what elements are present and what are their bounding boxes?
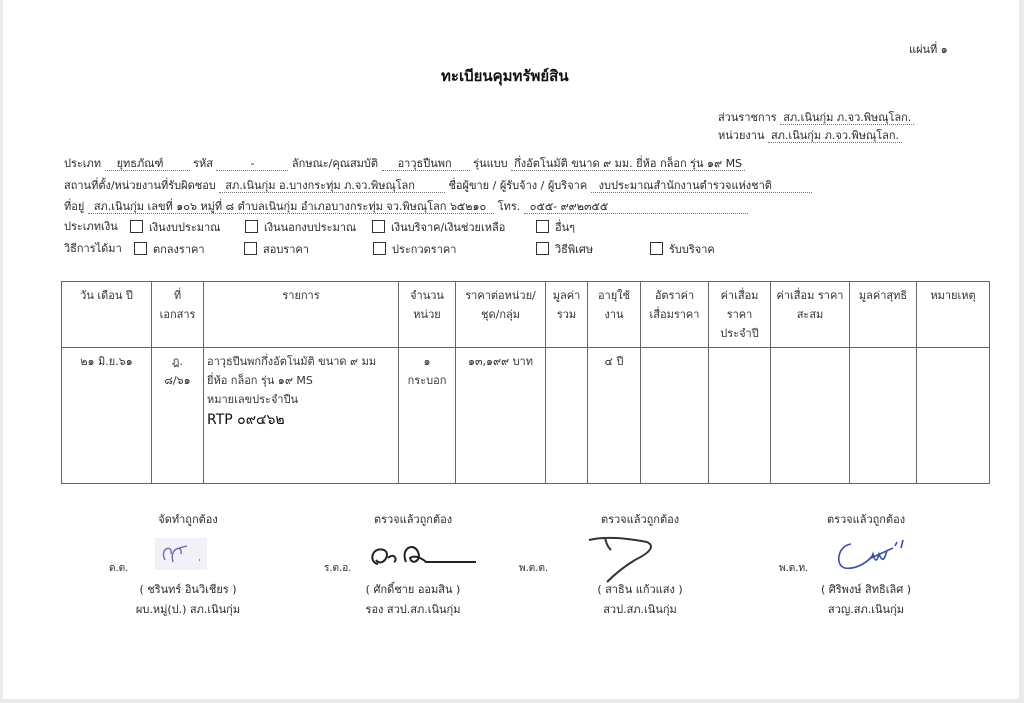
cell-item: อาวุธปืนพกกึ่งอัตโนมัติ ขนาด ๙ มม ยี่ห้อ… — [204, 348, 399, 484]
seller-label: ชื่อผู้ขาย / ผู้รับจ้าง / ผู้บริจาค — [448, 179, 587, 192]
cell-annual-depreciation — [709, 348, 771, 484]
attr-label: ลักษณะ/คุณสมบัติ — [292, 157, 378, 170]
cell-useful-life: ๔ ปี — [588, 348, 641, 484]
checkbox[interactable] — [134, 242, 147, 255]
checkbox[interactable] — [536, 242, 549, 255]
attr-value: อาวุธปืนพก — [382, 157, 470, 171]
serial-number: RTP ๐๙๔๖๒ — [207, 409, 395, 431]
code-label: รหัส — [193, 157, 213, 170]
signature-block-prepared: จัดทำถูกต้อง ด.ต. ( ชรินทร์ อินวิเชียร )… — [103, 512, 273, 622]
type-label: ประเภท — [64, 157, 101, 170]
money-option-budget[interactable]: เงินงบประมาณ — [124, 220, 220, 235]
acq-option-bidding[interactable]: ประกวดราคา — [367, 242, 456, 257]
checkbox[interactable] — [245, 220, 258, 233]
signature-mark — [831, 536, 911, 576]
col-net-value: มูลค่าสุทธิ — [850, 282, 917, 348]
signature-block-checked-3: ตรวจแล้วถูกต้อง พ.ต.ท. ( ศิริพงษ์ สิทธิเ… — [781, 512, 951, 622]
document-page: แผ่นที่ ๑ ทะเบียนคุมทรัพย์สิน ส่วนราชการ… — [3, 0, 1019, 699]
cell-total-value — [546, 348, 588, 484]
col-depreciation-rate: อัตราค่า เสื่อมราคา — [641, 282, 709, 348]
cell-date: ๒๑ มิ.ย.๖๑ — [62, 348, 152, 484]
code-value: - — [216, 157, 288, 171]
acq-option-special[interactable]: วิธีพิเศษ — [530, 242, 593, 257]
type-value: ยุทธภัณฑ์ — [105, 157, 190, 171]
signature-block-checked-1: ตรวจแล้วถูกต้อง ร.ต.อ. ( ศักดิ์ชาย ออมสิ… — [328, 512, 498, 622]
phone-value: ๐๕๕- ๙๙๒๓๕๕ — [524, 200, 748, 214]
address-value: สภ.เนินกุ่ม เลขที่ ๑๐๖ หมู่ที่ ๘ ตำบลเนิ… — [88, 200, 494, 214]
unit-line: หน่วยงาน สภ.เนินกุ่ม ภ.จว.พิษณุโลก. — [718, 129, 902, 143]
type-line: ประเภท ยุทธภัณฑ์ รหัส - ลักษณะ/คุณสมบัติ… — [64, 157, 745, 171]
checkbox[interactable] — [536, 220, 549, 233]
money-type-line: ประเภทเงิน เงินงบประมาณ เงินนอกงบประมาณ … — [64, 220, 964, 236]
col-accum-depreciation: ค่าเสื่อม ราคาสะสม — [771, 282, 850, 348]
checkbox[interactable] — [372, 220, 385, 233]
phone-label: โทร. — [498, 200, 521, 213]
acq-option-negotiate[interactable]: ตกลงราคา — [128, 242, 205, 257]
model-value: กึ่งอัตโนมัติ ขนาด ๙ มม. ยี่ห้อ กล็อก รุ… — [511, 157, 745, 171]
unit-value: สภ.เนินกุ่ม ภ.จว.พิษณุโลก. — [768, 129, 902, 143]
col-remarks: หมายเหตุ — [917, 282, 990, 348]
cell-depreciation-rate — [641, 348, 709, 484]
col-date: วัน เดือน ปี — [62, 282, 152, 348]
checkbox[interactable] — [373, 242, 386, 255]
cell-net-value — [850, 348, 917, 484]
model-label: รุ่นแบบ — [473, 157, 507, 170]
address-label: ที่อยู่ — [64, 200, 84, 213]
cell-quantity: ๑ กระบอก — [399, 348, 456, 484]
col-item: รายการ — [204, 282, 399, 348]
sheet-number: แผ่นที่ ๑ — [909, 40, 948, 58]
cell-accum-depreciation — [771, 348, 850, 484]
acq-option-price-inquiry[interactable]: สอบราคา — [238, 242, 309, 257]
acquisition-line: วิธีการได้มา ตกลงราคา สอบราคา ประกวดราคา… — [64, 242, 964, 258]
col-doc-no: ที่ เอกสาร — [152, 282, 204, 348]
money-option-donation[interactable]: เงินบริจาค/เงินช่วยเหลือ — [366, 220, 505, 235]
asset-register-table: วัน เดือน ปี ที่ เอกสาร รายการ จำนวน หน่… — [61, 281, 990, 484]
table-row: ๒๑ มิ.ย.๖๑ ฎ. ๘/๖๑ อาวุธปืนพกกึ่งอัตโนมั… — [62, 348, 990, 484]
checkbox[interactable] — [130, 220, 143, 233]
checkbox[interactable] — [650, 242, 663, 255]
cell-doc-no: ฎ. ๘/๖๑ — [152, 348, 204, 484]
location-label: สถานที่ตั้ง/หน่วยงานที่รับผิดชอบ — [64, 179, 216, 192]
unit-label: หน่วยงาน — [718, 129, 764, 142]
location-value: สภ.เนินกุ่ม อ.บางกระทุ่ม ภ.จว.พิษณุโลก — [219, 179, 445, 193]
document-title: ทะเบียนคุมทรัพย์สิน — [441, 64, 569, 88]
col-unit-price: ราคาต่อหน่วย/ ชุด/กลุ่ม — [456, 282, 546, 348]
signature-mark — [585, 534, 665, 584]
seller-value: งบประมาณสำนักงานตำรวจแห่งชาติ — [591, 179, 812, 193]
signature-mark — [155, 538, 215, 572]
acquisition-label: วิธีการได้มา — [64, 242, 122, 256]
acq-option-donated[interactable]: รับบริจาค — [644, 242, 715, 257]
checkbox[interactable] — [244, 242, 257, 255]
col-annual-depreciation: ค่าเสื่อม ราคา ประจำปี — [709, 282, 771, 348]
col-useful-life: อายุใช้ งาน — [588, 282, 641, 348]
agency-line: ส่วนราชการ สภ.เนินกุ่ม ภ.จว.พิษณุโลก. — [718, 111, 914, 125]
address-line: ที่อยู่ สภ.เนินกุ่ม เลขที่ ๑๐๖ หมู่ที่ ๘… — [64, 200, 748, 214]
signature-block-checked-2: ตรวจแล้วถูกต้อง พ.ต.ต. ( สาธิน แก้วแสง )… — [555, 512, 725, 622]
location-line: สถานที่ตั้ง/หน่วยงานที่รับผิดชอบ สภ.เนิน… — [64, 179, 812, 193]
money-option-non-budget[interactable]: เงินนอกงบประมาณ — [239, 220, 356, 235]
cell-remarks — [917, 348, 990, 484]
col-total-value: มูลค่า รวม — [546, 282, 588, 348]
money-option-other[interactable]: อื่นๆ — [530, 220, 575, 235]
money-type-label: ประเภทเงิน — [64, 220, 118, 234]
signature-mark — [364, 538, 484, 574]
table-header-row: วัน เดือน ปี ที่ เอกสาร รายการ จำนวน หน่… — [62, 282, 990, 348]
agency-value: สภ.เนินกุ่ม ภ.จว.พิษณุโลก. — [780, 111, 914, 125]
col-quantity: จำนวน หน่วย — [399, 282, 456, 348]
agency-label: ส่วนราชการ — [718, 111, 777, 124]
cell-unit-price: ๑๓,๑๙๙ บาท — [456, 348, 546, 484]
